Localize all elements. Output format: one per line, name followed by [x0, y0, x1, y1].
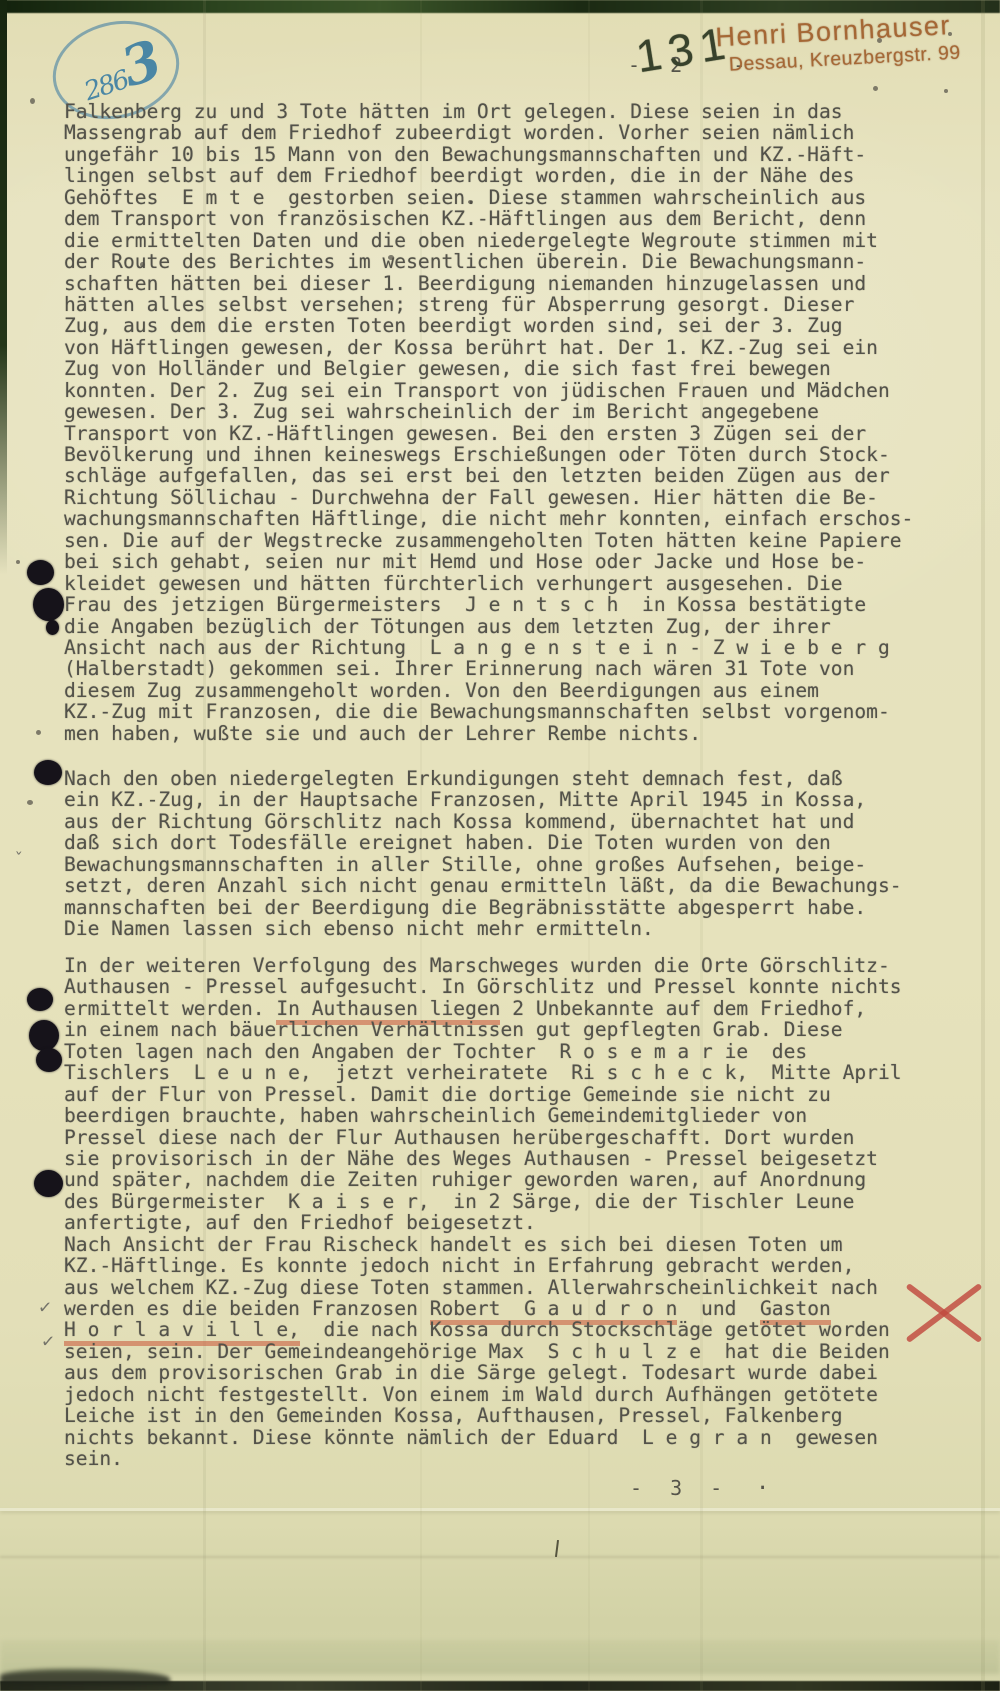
text-segment: ungefähr 10 bis 15 Mann von den Bewachun…	[64, 143, 866, 166]
text-segment: Nach den oben niedergelegten Erkundigung…	[64, 767, 843, 790]
text-segment: werden es die beiden Franzosen	[64, 1297, 430, 1320]
text-segment: gewesen. Der 3. Zug sei wahrscheinlich d…	[64, 400, 819, 423]
text-line: Bewachungsmannschaften in aller Stille, …	[64, 854, 902, 875]
text-line: sen. Die auf der Wegstrecke zusammengeho…	[64, 530, 913, 551]
text-segment: des Bürgermeister K a i s e r, in 2 Särg…	[64, 1190, 854, 1213]
paper-speck	[468, 200, 473, 204]
text-segment: Bewachungsmannschaften in aller Stille, …	[64, 853, 866, 876]
paper-speck	[30, 98, 35, 104]
document-body: Falkenberg zu und 3 Tote hätten im Ort g…	[0, 0, 1000, 1691]
text-line: schläge aufgefallen, das sei erst bei de…	[64, 465, 913, 486]
text-segment: sein.	[64, 1447, 123, 1470]
text-segment: Leiche ist in den Gemeinden Kossa, Aufth…	[64, 1404, 843, 1427]
text-segment: lingen selbst auf dem Friedhof beerdigt …	[64, 164, 854, 187]
text-line: Gehöftes E m t e gestorben seien. Diese …	[64, 187, 913, 208]
text-line: Richtung Söllichau - Durchwehna der Fall…	[64, 487, 913, 508]
text-segment: ein KZ.-Zug, in der Hauptsache Franzosen…	[64, 788, 866, 811]
scanned-document-page: 2863 - 2 - 131 Henri Bornhauser Dessau, …	[0, 0, 1000, 1691]
text-line: sie provisorisch in der Nähe des Weges A…	[64, 1148, 902, 1169]
text-segment: dem Transport von französischen KZ.-Häft…	[64, 207, 866, 230]
paper-speck	[140, 262, 145, 267]
text-line: lingen selbst auf dem Friedhof beerdigt …	[64, 165, 913, 186]
text-segment: KZ.-Häftlinge. Es konnte jedoch nicht in…	[64, 1254, 854, 1277]
text-segment: schläge aufgefallen, das sei erst bei de…	[64, 464, 890, 487]
text-line: der Route des Berichtes im wesentlichen …	[64, 251, 913, 272]
text-segment: diesem Zug zusammengeholt worden. Von de…	[64, 679, 819, 702]
text-line: Zug von Holländer und Belgier gewesen, d…	[64, 358, 913, 379]
text-segment: Gehöftes E m t e gestorben seien. Diese …	[64, 186, 866, 209]
text-segment: die ermittelten Daten und die oben niede…	[64, 229, 878, 252]
text-line: KZ.-Häftlinge. Es konnte jedoch nicht in…	[64, 1255, 902, 1276]
text-segment: In der weiteren Verfolgung des Marschweg…	[64, 954, 890, 977]
text-line: wachungsmannschaften Häftlinge, die nich…	[64, 508, 913, 529]
text-line: Nach den oben niedergelegten Erkundigung…	[64, 768, 902, 789]
text-line: KZ.-Zug mit Franzosen, die die Bewachung…	[64, 701, 913, 722]
text-line: aus dem provisorischen Grab in die Särge…	[64, 1362, 902, 1383]
ink-blob-mark	[27, 560, 54, 585]
footer-period-mark: .	[756, 1470, 769, 1495]
text-line: auf der Flur von Pressel. Damit die dort…	[64, 1084, 902, 1105]
page-number-bottom: - 3 -	[630, 1476, 730, 1500]
text-segment: in einem nach bäuerlichen Verhältnissen …	[64, 1018, 843, 1041]
text-segment: setzt, deren Anzahl sich nicht genau erm…	[64, 874, 902, 897]
text-segment: Authausen - Pressel aufgesucht. In Görsc…	[64, 975, 902, 998]
text-line: Falkenberg zu und 3 Tote hätten im Ort g…	[64, 101, 913, 122]
ink-blob-mark	[34, 760, 62, 785]
text-line: die ermittelten Daten und die oben niede…	[64, 230, 913, 251]
text-segment: anfertigte, auf den Friedhof beigesetzt.	[64, 1211, 536, 1234]
text-segment: bei sich gehabt, seien nur mit Hemd und …	[64, 550, 866, 573]
text-line: des Bürgermeister K a i s e r, in 2 Särg…	[64, 1191, 902, 1212]
text-line: kleidet gewesen und hätten fürchterlich …	[64, 573, 913, 594]
text-line: gewesen. Der 3. Zug sei wahrscheinlich d…	[64, 401, 913, 422]
text-line: Authausen - Pressel aufgesucht. In Görsc…	[64, 976, 902, 997]
text-line: Pressel diese nach der Flur Authausen he…	[64, 1127, 902, 1148]
text-segment: seien, sein. Der Gemeindeangehörige Max …	[64, 1340, 890, 1363]
text-line: dem Transport von französischen KZ.-Häft…	[64, 208, 913, 229]
text-line: Zug, aus dem die ersten Toten beerdigt w…	[64, 315, 913, 336]
text-line: ein KZ.-Zug, in der Hauptsache Franzosen…	[64, 789, 902, 810]
text-line: Die Namen lassen sich ebenso nicht mehr …	[64, 918, 902, 939]
text-segment: Ansicht nach aus der Richtung L a n g e …	[64, 636, 890, 659]
text-segment: konnten. Der 2. Zug sei ein Transport vo…	[64, 379, 890, 402]
text-line: jedoch nicht festgestellt. Von einem im …	[64, 1384, 902, 1405]
text-line: Leiche ist in den Gemeinden Kossa, Aufth…	[64, 1405, 902, 1426]
text-line: Tischlers L e u n e, jetzt verheiratete …	[64, 1062, 902, 1083]
ink-blob-mark	[34, 1170, 63, 1197]
text-line: bei sich gehabt, seien nur mit Hemd und …	[64, 551, 913, 572]
text-segment: sie provisorisch in der Nähe des Weges A…	[64, 1147, 878, 1170]
paragraph-1: Falkenberg zu und 3 Tote hätten im Ort g…	[64, 101, 913, 744]
text-line: men haben, wußte sie und auch der Lehrer…	[64, 723, 913, 744]
paper-speck	[948, 32, 952, 36]
text-segment: Tischlers L e u n e, jetzt verheiratete …	[64, 1061, 902, 1084]
text-segment: ermittelt werden.	[64, 997, 276, 1020]
text-segment: Bevölkerung und ihnen keineswegs Erschie…	[64, 443, 890, 466]
ink-blob-mark	[29, 1020, 59, 1051]
text-line: setzt, deren Anzahl sich nicht genau erm…	[64, 875, 902, 896]
text-line: Nach Ansicht der Frau Rischeck handelt e…	[64, 1234, 902, 1255]
text-segment: und	[677, 1297, 760, 1320]
text-segment: aus welchem KZ.-Zug diese Toten stammen.…	[64, 1276, 878, 1299]
ink-blob-mark	[33, 588, 64, 621]
paper-speck	[944, 89, 948, 93]
text-segment: aus dem provisorischen Grab in die Särge…	[64, 1361, 878, 1384]
text-line: Frau des jetzigen Bürgermeisters J e n t…	[64, 594, 913, 615]
text-line: nichts bekannt. Diese könnte nämlich der…	[64, 1427, 902, 1448]
text-segment: men haben, wußte sie und auch der Lehrer…	[64, 722, 701, 745]
text-line: ungefähr 10 bis 15 Mann von den Bewachun…	[64, 144, 913, 165]
text-line: werden es die beiden Franzosen Robert G …	[64, 1298, 902, 1319]
text-line: beerdigen brauchte, haben wahrscheinlich…	[64, 1105, 902, 1126]
text-line: Bevölkerung und ihnen keineswegs Erschie…	[64, 444, 913, 465]
text-segment: beerdigen brauchte, haben wahrscheinlich…	[64, 1104, 807, 1127]
pencil-checkmark: ✓	[40, 1332, 56, 1353]
text-line: aus welchem KZ.-Zug diese Toten stammen.…	[64, 1277, 902, 1298]
text-segment: Zug, aus dem die ersten Toten beerdigt w…	[64, 314, 843, 337]
text-line: mannschaften bei der Beerdigung die Begr…	[64, 897, 902, 918]
text-segment: Nach Ansicht der Frau Rischeck handelt e…	[64, 1233, 843, 1256]
paper-speck	[16, 560, 20, 564]
text-segment: (Halberstadt) gekommen sei. Ihrer Erinne…	[64, 657, 854, 680]
text-segment: kleidet gewesen und hätten fürchterlich …	[64, 572, 843, 595]
text-segment: schaften hätten bei dieser 1. Beerdigung…	[64, 272, 866, 295]
text-line: hätten alles selbst versehen; streng für…	[64, 294, 913, 315]
text-line: konnten. Der 2. Zug sei ein Transport vo…	[64, 380, 913, 401]
text-segment: die Angaben bezüglich der Tötungen aus d…	[64, 615, 831, 638]
text-segment: Transport von KZ.-Häftlingen gewesen. Be…	[64, 422, 866, 445]
text-segment: Falkenberg zu und 3 Tote hätten im Ort g…	[64, 100, 843, 123]
pencil-checkmark: ˇ	[13, 850, 23, 871]
paper-speck	[873, 86, 878, 91]
text-segment: Richtung Söllichau - Durchwehna der Fall…	[64, 486, 878, 509]
text-segment: hätten alles selbst versehen; streng für…	[64, 293, 854, 316]
text-segment: daß sich dort Todesfälle ereignet haben.…	[64, 831, 831, 854]
text-segment: Die Namen lassen sich ebenso nicht mehr …	[64, 917, 654, 940]
ink-blob-mark	[27, 988, 53, 1011]
paragraph-3: In der weiteren Verfolgung des Marschweg…	[64, 955, 902, 1470]
text-segment: Frau des jetzigen Bürgermeisters J e n t…	[64, 593, 866, 616]
text-segment: der Route des Berichtes im wesentlichen …	[64, 250, 866, 273]
paper-speck	[388, 255, 394, 260]
text-line: Transport von KZ.-Häftlingen gewesen. Be…	[64, 423, 913, 444]
text-line: ermittelt werden. In Authausen liegen 2 …	[64, 998, 902, 1019]
text-segment: Massengrab auf dem Friedhof zubeerdigt w…	[64, 121, 854, 144]
paper-speck	[36, 730, 41, 735]
text-line: In der weiteren Verfolgung des Marschweg…	[64, 955, 902, 976]
text-segment: auf der Flur von Pressel. Damit die dort…	[64, 1083, 831, 1106]
text-segment: wachungsmannschaften Häftlinge, die nich…	[64, 507, 913, 530]
text-line: seien, sein. Der Gemeindeangehörige Max …	[64, 1341, 902, 1362]
text-segment: Toten lagen nach den Angaben der Tochter…	[64, 1040, 807, 1063]
text-line: schaften hätten bei dieser 1. Beerdigung…	[64, 273, 913, 294]
text-segment: und später, nachdem die Zeiten ruhiger g…	[64, 1168, 866, 1191]
text-line: und später, nachdem die Zeiten ruhiger g…	[64, 1169, 902, 1190]
text-line: sein.	[64, 1448, 902, 1469]
text-segment: nichts bekannt. Diese könnte nämlich der…	[64, 1426, 878, 1449]
text-line: H o r l a v i l l e, die nach Kossa durc…	[64, 1319, 902, 1340]
text-line: (Halberstadt) gekommen sei. Ihrer Erinne…	[64, 658, 913, 679]
text-segment: jedoch nicht festgestellt. Von einem im …	[64, 1383, 878, 1406]
text-segment: sen. Die auf der Wegstrecke zusammengeho…	[64, 529, 902, 552]
text-segment: von Häftlingen gewesen, der Kossa berühr…	[64, 336, 878, 359]
paper-speck	[877, 38, 882, 43]
ink-blob-mark	[46, 620, 59, 635]
text-segment: KZ.-Zug mit Franzosen, die die Bewachung…	[64, 700, 890, 723]
text-line: Massengrab auf dem Friedhof zubeerdigt w…	[64, 122, 913, 143]
paper-speck	[27, 800, 33, 805]
text-segment: die nach Kossa durch Stockschläge getöte…	[300, 1318, 890, 1341]
text-line: in einem nach bäuerlichen Verhältnissen …	[64, 1019, 902, 1040]
text-line: Toten lagen nach den Angaben der Tochter…	[64, 1041, 902, 1062]
ink-blob-mark	[36, 1048, 62, 1072]
text-line: anfertigte, auf den Friedhof beigesetzt.	[64, 1212, 902, 1233]
text-line: aus der Richtung Görschlitz nach Kossa k…	[64, 811, 902, 832]
text-segment: aus der Richtung Görschlitz nach Kossa k…	[64, 810, 854, 833]
text-segment: mannschaften bei der Beerdigung die Begr…	[64, 896, 866, 919]
pencil-checkmark: ✓	[37, 1298, 53, 1319]
text-line: die Angaben bezüglich der Tötungen aus d…	[64, 616, 913, 637]
text-segment: Zug von Holländer und Belgier gewesen, d…	[64, 357, 831, 380]
text-line: von Häftlingen gewesen, der Kossa berühr…	[64, 337, 913, 358]
text-line: diesem Zug zusammengeholt worden. Von de…	[64, 680, 913, 701]
text-segment: Pressel diese nach der Flur Authausen he…	[64, 1126, 854, 1149]
text-segment: 2 Unbekannte auf dem Friedhof,	[500, 997, 866, 1020]
text-line: daß sich dort Todesfälle ereignet haben.…	[64, 832, 902, 853]
text-line: Ansicht nach aus der Richtung L a n g e …	[64, 637, 913, 658]
paragraph-2: Nach den oben niedergelegten Erkundigung…	[64, 768, 902, 940]
